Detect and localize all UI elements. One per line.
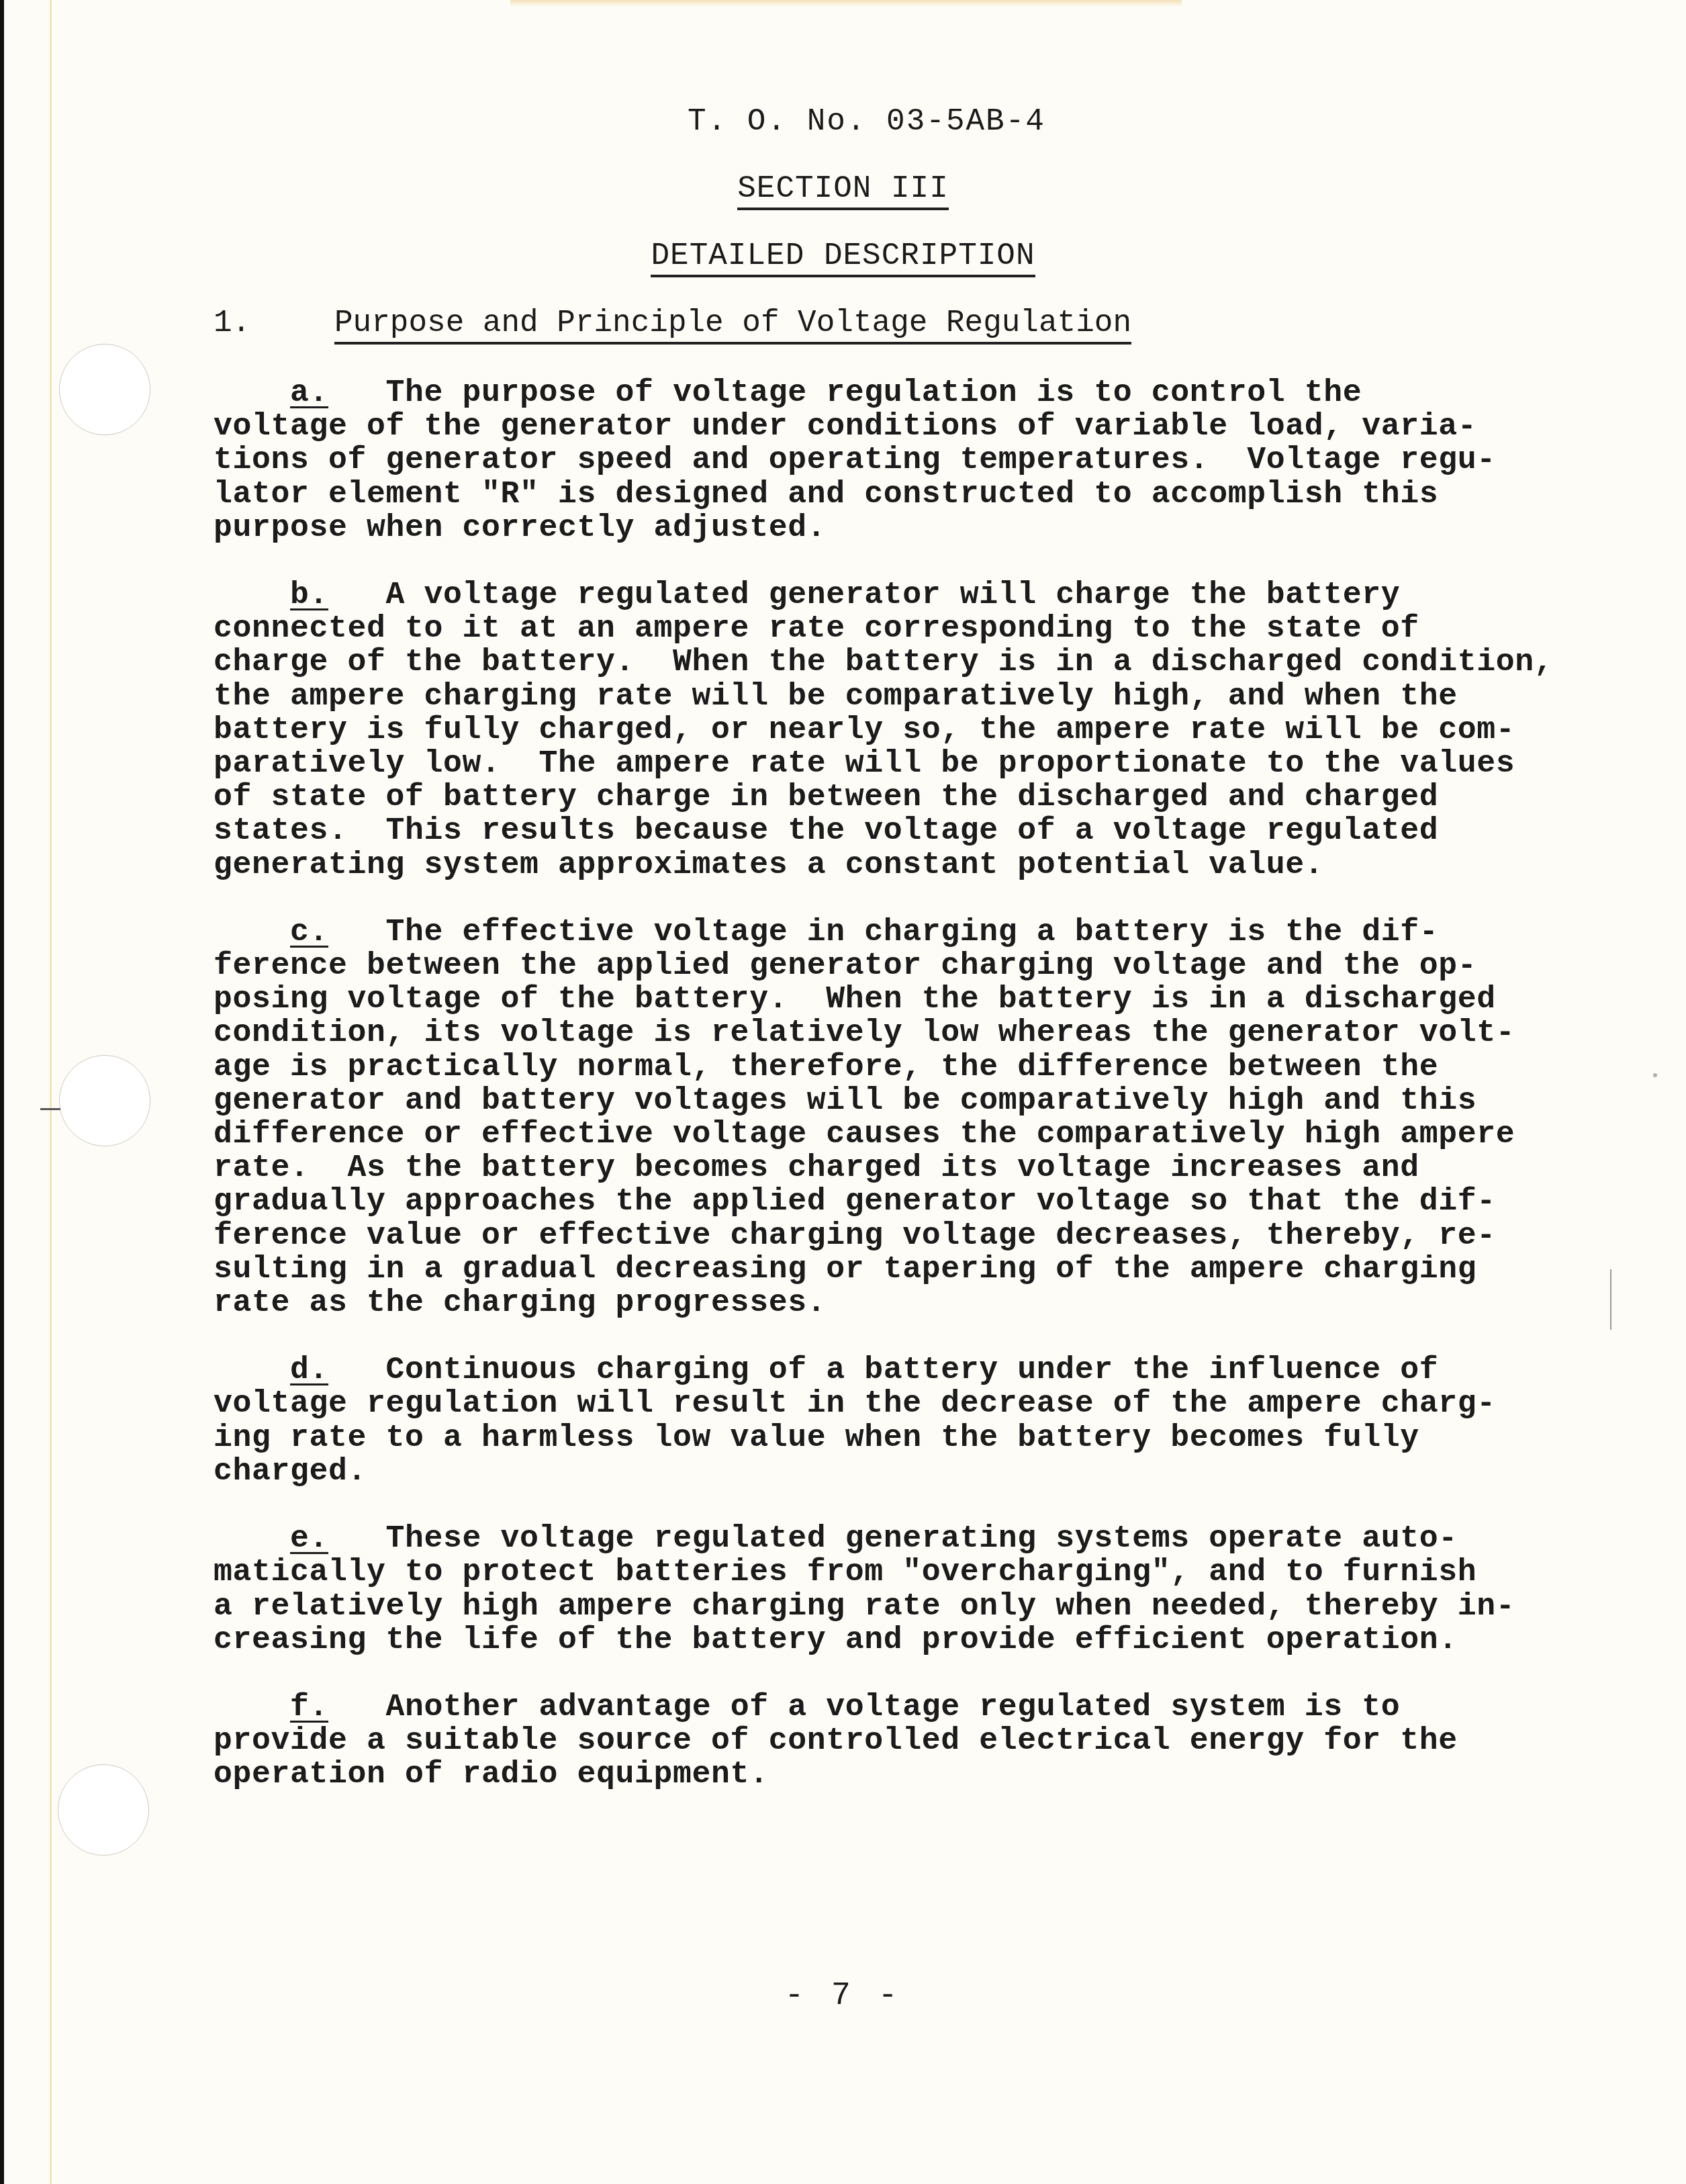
paragraph-e: e. These voltage regulated generating sy… [214,1522,1657,1657]
text-line: rate. As the battery becomes charged its… [214,1151,1657,1185]
text-line: operation of radio equipment. [214,1758,1657,1791]
text-line: the ampere charging rate will be compara… [214,680,1657,713]
text-line: creasing the life of the battery and pro… [214,1623,1657,1657]
page-number: - 7 - [0,1978,1686,2014]
document-page: T. O. No. 03-5AB-4 SECTION III DETAILED … [0,0,1686,2184]
text-line: d. Continuous charging of a battery unde… [214,1353,1657,1387]
text-line: posing voltage of the battery. When the … [214,983,1657,1016]
text-line: gradually approaches the applied generat… [214,1185,1657,1218]
text-line: states. This results because the voltage… [214,814,1657,848]
text-line: connected to it at an ampere rate corres… [214,612,1657,645]
text-line: a relatively high ampere charging rate o… [214,1590,1657,1623]
text-line: generator and battery voltages will be c… [214,1084,1657,1118]
text-line: ing rate to a harmless low value when th… [214,1421,1657,1455]
text-line: voltage of the generator under condition… [214,410,1657,443]
text-line: tions of generator speed and operating t… [214,443,1657,477]
line-text: A voltage regulated generator will charg… [386,577,1401,612]
paragraph-d: d. Continuous charging of a battery unde… [214,1353,1657,1488]
paragraph-marker: f. [290,1689,328,1725]
paragraph-marker: d. [290,1352,328,1387]
line-text: These voltage regulated generating syste… [386,1520,1458,1556]
paragraph-marker: e. [290,1520,328,1556]
section-title: DETAILED DESCRIPTION [0,238,1686,273]
text-line: battery is fully charged, or nearly so, … [214,713,1657,747]
section-label: SECTION III [737,171,949,210]
body-text: a. The purpose of voltage regulation is … [214,376,1657,1825]
text-line: matically to protect batteries from "ove… [214,1555,1657,1589]
section-heading: SECTION III [0,171,1686,206]
text-line: ference value or effective charging volt… [214,1219,1657,1253]
text-line: difference or effective voltage causes t… [214,1118,1657,1151]
section-title-text: DETAILED DESCRIPTION [651,238,1035,277]
paragraph-c: c. The effective voltage in charging a b… [214,915,1657,1320]
text-line: lator element "R" is designed and constr… [214,477,1657,511]
line-text: The purpose of voltage regulation is to … [386,375,1362,410]
paragraph-marker: b. [290,577,328,612]
text-line: age is practically normal, therefore, th… [214,1050,1657,1084]
paragraph-b: b. A voltage regulated generator will ch… [214,578,1657,882]
text-line: ference between the applied generator ch… [214,949,1657,983]
paragraph-f: f. Another advantage of a voltage regula… [214,1690,1657,1792]
line-text: The effective voltage in charging a batt… [386,914,1439,950]
text-line: b. A voltage regulated generator will ch… [214,578,1657,612]
text-line: rate as the charging progresses. [214,1286,1657,1320]
text-line: of state of battery charge in between th… [214,780,1657,814]
document-number: T. O. No. 03-5AB-4 [0,104,1686,139]
text-line: e. These voltage regulated generating sy… [214,1522,1657,1555]
text-line: a. The purpose of voltage regulation is … [214,376,1657,410]
item-number: 1. [214,306,334,340]
item-title: Purpose and Principle of Voltage Regulat… [334,306,1131,345]
text-line: condition, its voltage is relatively low… [214,1016,1657,1050]
text-line: sulting in a gradual decreasing or taper… [214,1253,1657,1286]
line-text: Continuous charging of a battery under t… [386,1352,1439,1387]
text-line: charged. [214,1455,1657,1488]
paragraph-a: a. The purpose of voltage regulation is … [214,376,1657,545]
text-line: provide a suitable source of controlled … [214,1724,1657,1758]
text-line: f. Another advantage of a voltage regula… [214,1690,1657,1724]
line-text: Another advantage of a voltage regulated… [386,1689,1401,1725]
text-line: purpose when correctly adjusted. [214,511,1657,545]
item-heading: 1.Purpose and Principle of Voltage Regul… [214,306,1131,340]
text-line: c. The effective voltage in charging a b… [214,915,1657,949]
paragraph-marker: c. [290,914,328,950]
text-line: charge of the battery. When the battery … [214,645,1657,679]
paragraph-marker: a. [290,375,328,410]
text-line: generating system approximates a constan… [214,848,1657,882]
text-line: voltage regulation will result in the de… [214,1387,1657,1420]
text-line: paratively low. The ampere rate will be … [214,747,1657,780]
